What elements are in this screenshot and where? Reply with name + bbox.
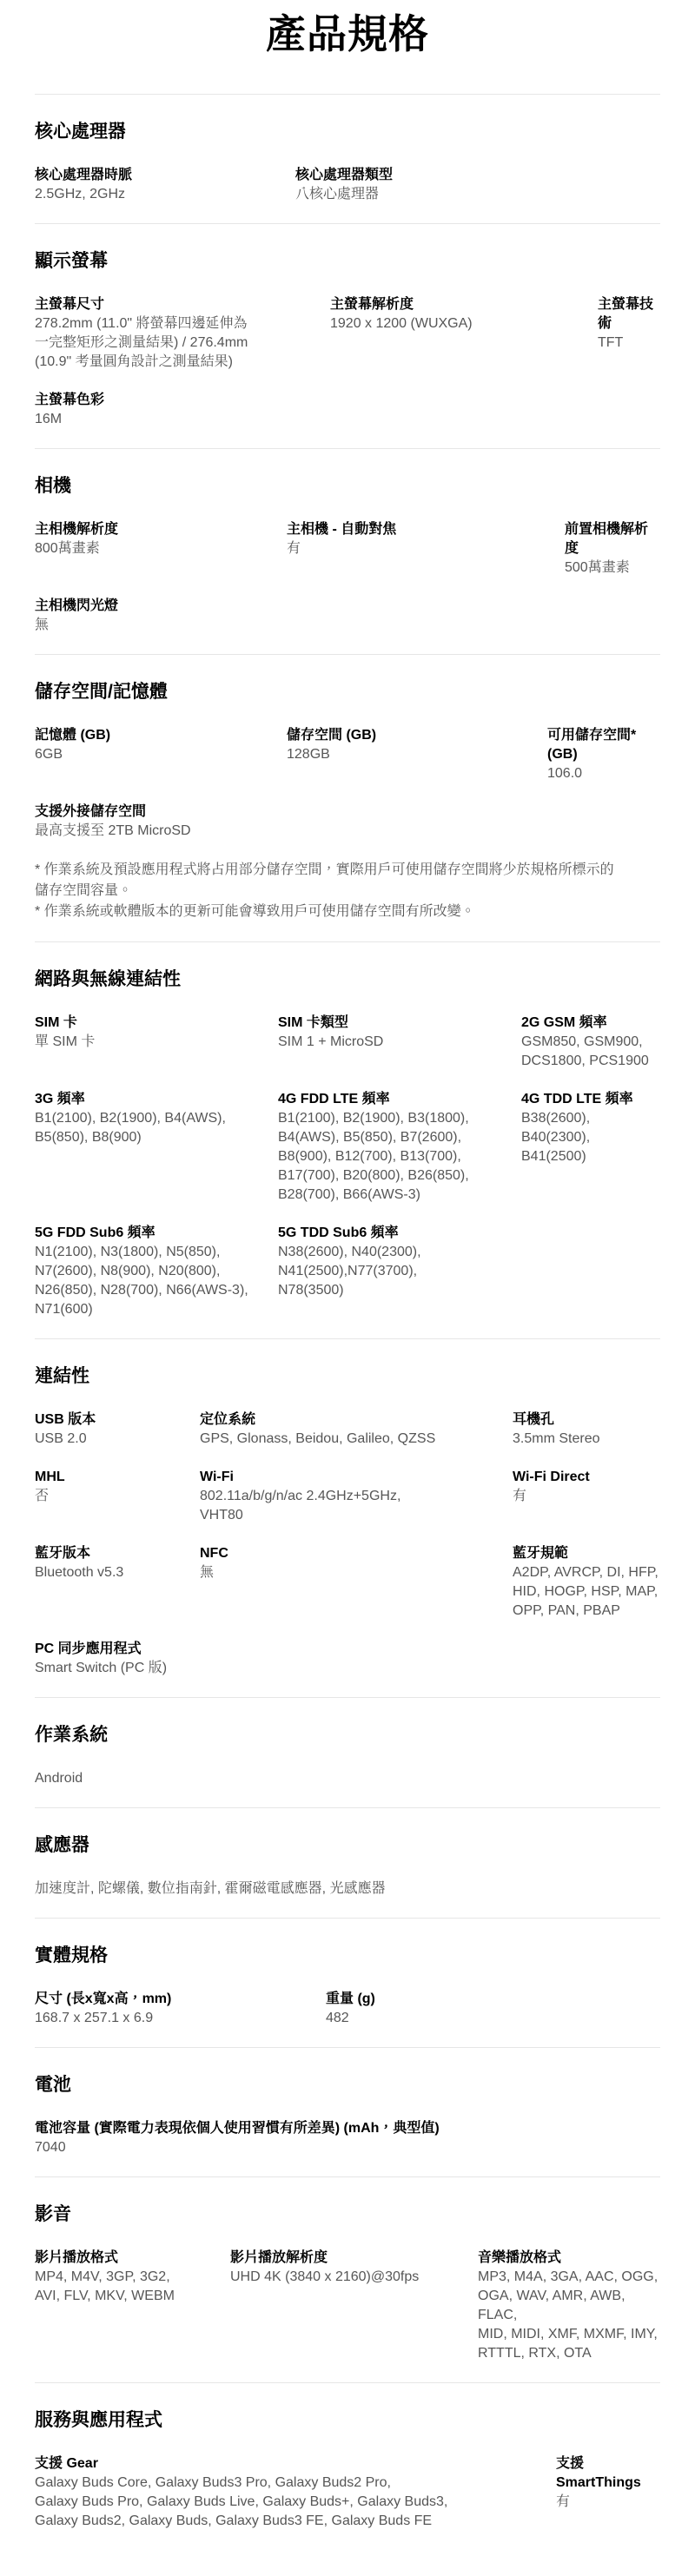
spec-item: 5G FDD Sub6 頻率 N1(2100), N3(1800), N5(85… [35, 1224, 278, 1319]
spec-value: 482 [326, 2009, 660, 2028]
spec-label: 2G GSM 頻率 [521, 1014, 660, 1033]
spec-item: 核心處理器類型 八核心處理器 [295, 166, 660, 204]
spec-value: 最高支援至 2TB MicroSD [35, 822, 287, 841]
spec-item: 儲存空間 (GB) 128GB [287, 726, 547, 783]
spec-label: MHL [35, 1468, 174, 1487]
spec-row: 核心處理器時脈 2.5GHz, 2GHz 核心處理器類型 八核心處理器 [35, 166, 660, 204]
spec-label: 定位系統 [200, 1410, 486, 1430]
spec-label: 5G TDD Sub6 頻率 [278, 1224, 521, 1243]
spec-value: 6GB [35, 745, 261, 764]
section-battery: 電池 電池容量 (實際電力表現依個人使用習慣有所差異) (mAh，典型值) 70… [35, 2047, 660, 2176]
spec-value: B1(2100), B2(1900), B4(AWS), B5(850), B8… [35, 1109, 252, 1147]
spec-item: 耳機孔 3.5mm Stereo [513, 1410, 660, 1449]
spec-value: 500萬畫素 [565, 558, 660, 578]
spec-row: 5G FDD Sub6 頻率 N1(2100), N3(1800), N5(85… [35, 1224, 660, 1319]
spec-row: PC 同步應用程式 Smart Switch (PC 版) [35, 1640, 660, 1678]
spec-item: 主螢幕尺寸 278.2mm (11.0" 將螢幕四邊延伸為 一完整矩形之測量結果… [35, 295, 330, 372]
spec-label: 支援外接儲存空間 [35, 803, 287, 822]
spec-value: Android [35, 1769, 660, 1788]
spec-label: 耳機孔 [513, 1410, 660, 1430]
spec-item: 尺寸 (長x寬x高，mm) 168.7 x 257.1 x 6.9 [35, 1990, 326, 2028]
spec-value: MP4, M4V, 3GP, 3G2, AVI, FLV, MKV, WEBM [35, 2268, 204, 2306]
spec-row: 影片播放格式 MP4, M4V, 3GP, 3G2, AVI, FLV, MKV… [35, 2249, 660, 2363]
spec-value: UHD 4K (3840 x 2160)@30fps [230, 2268, 452, 2287]
spec-item: 支援 SmartThings 有 [556, 2454, 660, 2531]
spec-item: Android [35, 1769, 660, 1788]
spec-value: N38(2600), N40(2300), N41(2500),N77(3700… [278, 1243, 521, 1300]
section-network: 網路與無線連結性 SIM 卡 單 SIM 卡 SIM 卡類型 SIM 1 + M… [35, 941, 660, 1338]
spec-label: 3G 頻率 [35, 1090, 252, 1109]
spec-row: USB 版本 USB 2.0 定位系統 GPS, Glonass, Beidou… [35, 1410, 660, 1449]
spec-item: 4G TDD LTE 頻率 B38(2600), B40(2300), B41(… [521, 1090, 660, 1205]
spec-value: GSM850, GSM900, DCS1800, PCS1900 [521, 1033, 660, 1071]
spec-value: 有 [556, 2493, 660, 2512]
section-connectivity: 連結性 USB 版本 USB 2.0 定位系統 GPS, Glonass, Be… [35, 1338, 660, 1697]
section-title: 影音 [35, 2202, 660, 2228]
spec-label: 前置相機解析度 [565, 520, 660, 558]
spec-value: Galaxy Buds Core, Galaxy Buds3 Pro, Gala… [35, 2474, 530, 2531]
product-spec-page: 產品規格 核心處理器 核心處理器時脈 2.5GHz, 2GHz 核心處理器類型 … [0, 0, 695, 2576]
spec-item: 主螢幕色彩 16M [35, 391, 330, 429]
spec-label: 尺寸 (長x寬x高，mm) [35, 1990, 300, 2009]
spec-row: Android [35, 1769, 660, 1788]
section-title: 實體規格 [35, 1943, 660, 1969]
spec-item: 主螢幕解析度 1920 x 1200 (WUXGA) [330, 295, 598, 372]
spec-label: Wi-Fi [200, 1468, 486, 1487]
spec-value: 1920 x 1200 (WUXGA) [330, 314, 572, 334]
section-title: 連結性 [35, 1364, 660, 1390]
spec-value: TFT [598, 334, 660, 353]
spec-value: N1(2100), N3(1800), N5(850), N7(2600), N… [35, 1243, 252, 1319]
spec-value: A2DP, AVRCP, DI, HFP, HID, HOGP, HSP, MA… [513, 1563, 660, 1621]
spec-value: 168.7 x 257.1 x 6.9 [35, 2009, 300, 2028]
spec-item: 主相機閃光燈 無 [35, 597, 287, 635]
spec-value: SIM 1 + MicroSD [278, 1033, 495, 1052]
section-title: 儲存空間/記憶體 [35, 679, 660, 705]
spec-label: 主相機解析度 [35, 520, 261, 539]
spec-item: 影片播放格式 MP4, M4V, 3GP, 3G2, AVI, FLV, MKV… [35, 2249, 230, 2363]
section-title: 相機 [35, 473, 660, 499]
spec-label: 影片播放解析度 [230, 2249, 452, 2268]
spec-item: SIM 卡類型 SIM 1 + MicroSD [278, 1014, 521, 1071]
spec-item: 主相機 - 自動對焦 有 [287, 520, 565, 578]
spec-value: B1(2100), B2(1900), B3(1800), B4(AWS), B… [278, 1109, 495, 1205]
spec-value: Smart Switch (PC 版) [35, 1659, 200, 1678]
spec-value: 否 [35, 1487, 174, 1506]
spec-label: 核心處理器類型 [295, 166, 660, 185]
spec-value: 有 [513, 1487, 660, 1506]
spec-row: 電池容量 (實際電力表現依個人使用習慣有所差異) (mAh，典型值) 7040 [35, 2119, 660, 2157]
spec-item: NFC 無 [200, 1544, 513, 1621]
section-processor: 核心處理器 核心處理器時脈 2.5GHz, 2GHz 核心處理器類型 八核心處理… [35, 94, 660, 223]
spec-label: SIM 卡 [35, 1014, 252, 1033]
spec-row: 主相機閃光燈 無 [35, 597, 660, 635]
spec-item: 5G TDD Sub6 頻率 N38(2600), N40(2300), N41… [278, 1224, 521, 1319]
spec-item: 核心處理器時脈 2.5GHz, 2GHz [35, 166, 295, 204]
spec-label: USB 版本 [35, 1410, 174, 1430]
spec-value: 3.5mm Stereo [513, 1430, 660, 1449]
section-title: 顯示螢幕 [35, 248, 660, 274]
spec-item: 主相機解析度 800萬畫素 [35, 520, 287, 578]
spec-value: 無 [35, 616, 287, 635]
spec-label: 音樂播放格式 [478, 2249, 660, 2268]
spec-item: 3G 頻率 B1(2100), B2(1900), B4(AWS), B5(85… [35, 1090, 278, 1205]
spec-value: 有 [287, 539, 539, 558]
spec-label: 重量 (g) [326, 1990, 660, 2009]
spec-label: 4G TDD LTE 頻率 [521, 1090, 660, 1109]
spec-row: 支援外接儲存空間 最高支援至 2TB MicroSD [35, 803, 660, 841]
spec-value: 加速度計, 陀螺儀, 數位指南針, 霍爾磁電感應器, 光感應器 [35, 1879, 660, 1899]
spec-label: 主螢幕色彩 [35, 391, 330, 410]
spec-value: 128GB [287, 745, 521, 764]
spec-label: 影片播放格式 [35, 2249, 204, 2268]
spec-label: 藍牙版本 [35, 1544, 174, 1563]
spec-value: 800萬畫素 [35, 539, 261, 558]
page-title: 產品規格 [35, 12, 660, 56]
section-title: 網路與無線連結性 [35, 967, 660, 993]
spec-row: 支援 Gear Galaxy Buds Core, Galaxy Buds3 P… [35, 2454, 660, 2531]
section-services: 服務與應用程式 支援 Gear Galaxy Buds Core, Galaxy… [35, 2382, 660, 2550]
section-camera: 相機 主相機解析度 800萬畫素 主相機 - 自動對焦 有 前置相機解析度 50… [35, 448, 660, 654]
section-sensors: 感應器 加速度計, 陀螺儀, 數位指南針, 霍爾磁電感應器, 光感應器 [35, 1807, 660, 1918]
spec-item: 影片播放解析度 UHD 4K (3840 x 2160)@30fps [230, 2249, 478, 2363]
spec-value: 7040 [35, 2138, 660, 2157]
spec-value: GPS, Glonass, Beidou, Galileo, QZSS [200, 1430, 486, 1449]
storage-footnote-1: * 作業系統及預設應用程式將占用部分儲存空間，實際用戶可使用儲存空間將少於規格所… [35, 860, 660, 902]
spec-label: 藍牙規範 [513, 1544, 660, 1563]
spec-label: 4G FDD LTE 頻率 [278, 1090, 495, 1109]
spec-value: 106.0 [547, 764, 660, 783]
spec-label: SIM 卡類型 [278, 1014, 495, 1033]
spec-value: 16M [35, 410, 330, 429]
spec-label: 主螢幕技術 [598, 295, 660, 334]
spec-item: 定位系統 GPS, Glonass, Beidou, Galileo, QZSS [200, 1410, 513, 1449]
spec-item: 重量 (g) 482 [326, 1990, 660, 2028]
spec-row: SIM 卡 單 SIM 卡 SIM 卡類型 SIM 1 + MicroSD 2G… [35, 1014, 660, 1071]
spec-label: 主螢幕尺寸 [35, 295, 304, 314]
section-title: 感應器 [35, 1833, 660, 1859]
spec-value: USB 2.0 [35, 1430, 174, 1449]
spec-label: 支援 SmartThings [556, 2454, 660, 2493]
spec-label: 主螢幕解析度 [330, 295, 572, 314]
section-physical: 實體規格 尺寸 (長x寬x高，mm) 168.7 x 257.1 x 6.9 重… [35, 1918, 660, 2047]
spec-item: 主螢幕技術 TFT [598, 295, 660, 372]
section-os: 作業系統 Android [35, 1697, 660, 1807]
spec-label: 儲存空間 (GB) [287, 726, 521, 745]
spec-label: 電池容量 (實際電力表現依個人使用習慣有所差異) (mAh，典型值) [35, 2119, 660, 2138]
spec-row: 3G 頻率 B1(2100), B2(1900), B4(AWS), B5(85… [35, 1090, 660, 1205]
spec-label: 核心處理器時脈 [35, 166, 269, 185]
spec-label: 5G FDD Sub6 頻率 [35, 1224, 252, 1243]
section-title: 作業系統 [35, 1722, 660, 1748]
spec-item: 藍牙規範 A2DP, AVRCP, DI, HFP, HID, HOGP, HS… [513, 1544, 660, 1621]
spec-label: PC 同步應用程式 [35, 1640, 200, 1659]
spec-row: 主相機解析度 800萬畫素 主相機 - 自動對焦 有 前置相機解析度 500萬畫… [35, 520, 660, 578]
storage-footnote-2: * 作業系統或軟體版本的更新可能會導致用戶可使用儲存空間有所改變。 [35, 902, 660, 922]
spec-item: 2G GSM 頻率 GSM850, GSM900, DCS1800, PCS19… [521, 1014, 660, 1071]
section-display: 顯示螢幕 主螢幕尺寸 278.2mm (11.0" 將螢幕四邊延伸為 一完整矩形… [35, 223, 660, 448]
spec-item: 加速度計, 陀螺儀, 數位指南針, 霍爾磁電感應器, 光感應器 [35, 1879, 660, 1899]
section-title: 服務與應用程式 [35, 2408, 660, 2434]
spec-value: 無 [200, 1563, 486, 1582]
spec-item: SIM 卡 單 SIM 卡 [35, 1014, 278, 1071]
spec-item: 電池容量 (實際電力表現依個人使用習慣有所差異) (mAh，典型值) 7040 [35, 2119, 660, 2157]
spec-value: B38(2600), B40(2300), B41(2500) [521, 1109, 660, 1166]
spec-item: 支援外接儲存空間 最高支援至 2TB MicroSD [35, 803, 287, 841]
spec-item: 音樂播放格式 MP3, M4A, 3GA, AAC, OGG, OGA, WAV… [478, 2249, 660, 2363]
spec-row: 藍牙版本 Bluetooth v5.3 NFC 無 藍牙規範 A2DP, AVR… [35, 1544, 660, 1621]
spec-label: Wi-Fi Direct [513, 1468, 660, 1487]
spec-label: 主相機閃光燈 [35, 597, 287, 616]
spec-value: MP3, M4A, 3GA, AAC, OGG, OGA, WAV, AMR, … [478, 2268, 660, 2363]
spec-label: 支援 Gear [35, 2454, 530, 2474]
spec-item: 記憶體 (GB) 6GB [35, 726, 287, 783]
spec-item: MHL 否 [35, 1468, 200, 1525]
spec-label: 可用儲存空間* (GB) [547, 726, 660, 764]
spec-row: 尺寸 (長x寬x高，mm) 168.7 x 257.1 x 6.9 重量 (g)… [35, 1990, 660, 2028]
section-storage: 儲存空間/記憶體 記憶體 (GB) 6GB 儲存空間 (GB) 128GB 可用… [35, 654, 660, 941]
spec-item: Wi-Fi Direct 有 [513, 1468, 660, 1525]
section-av: 影音 影片播放格式 MP4, M4V, 3GP, 3G2, AVI, FLV, … [35, 2176, 660, 2382]
spec-label: 主相機 - 自動對焦 [287, 520, 539, 539]
spec-row: MHL 否 Wi-Fi 802.11a/b/g/n/ac 2.4GHz+5GHz… [35, 1468, 660, 1525]
spec-value: 八核心處理器 [295, 185, 660, 204]
spec-item: 前置相機解析度 500萬畫素 [565, 520, 660, 578]
spec-value: 單 SIM 卡 [35, 1033, 252, 1052]
spec-row: 主螢幕尺寸 278.2mm (11.0" 將螢幕四邊延伸為 一完整矩形之測量結果… [35, 295, 660, 372]
section-title: 核心處理器 [35, 119, 660, 145]
spec-value: 802.11a/b/g/n/ac 2.4GHz+5GHz, VHT80 [200, 1487, 486, 1525]
spec-item: 4G FDD LTE 頻率 B1(2100), B2(1900), B3(180… [278, 1090, 521, 1205]
spec-item: 藍牙版本 Bluetooth v5.3 [35, 1544, 200, 1621]
section-title: 電池 [35, 2072, 660, 2098]
spec-row: 記憶體 (GB) 6GB 儲存空間 (GB) 128GB 可用儲存空間* (GB… [35, 726, 660, 783]
spec-row: 主螢幕色彩 16M [35, 391, 660, 429]
spec-value: 2.5GHz, 2GHz [35, 185, 269, 204]
spec-row: 加速度計, 陀螺儀, 數位指南針, 霍爾磁電感應器, 光感應器 [35, 1879, 660, 1899]
spec-item: PC 同步應用程式 Smart Switch (PC 版) [35, 1640, 200, 1678]
spec-label: NFC [200, 1544, 486, 1563]
spec-value: Bluetooth v5.3 [35, 1563, 174, 1582]
spec-value: 278.2mm (11.0" 將螢幕四邊延伸為 一完整矩形之測量結果) / 27… [35, 314, 304, 372]
spec-item: Wi-Fi 802.11a/b/g/n/ac 2.4GHz+5GHz, VHT8… [200, 1468, 513, 1525]
spec-label: 記憶體 (GB) [35, 726, 261, 745]
spec-item: USB 版本 USB 2.0 [35, 1410, 200, 1449]
spec-item: 可用儲存空間* (GB) 106.0 [547, 726, 660, 783]
spec-item: 支援 Gear Galaxy Buds Core, Galaxy Buds3 P… [35, 2454, 556, 2531]
